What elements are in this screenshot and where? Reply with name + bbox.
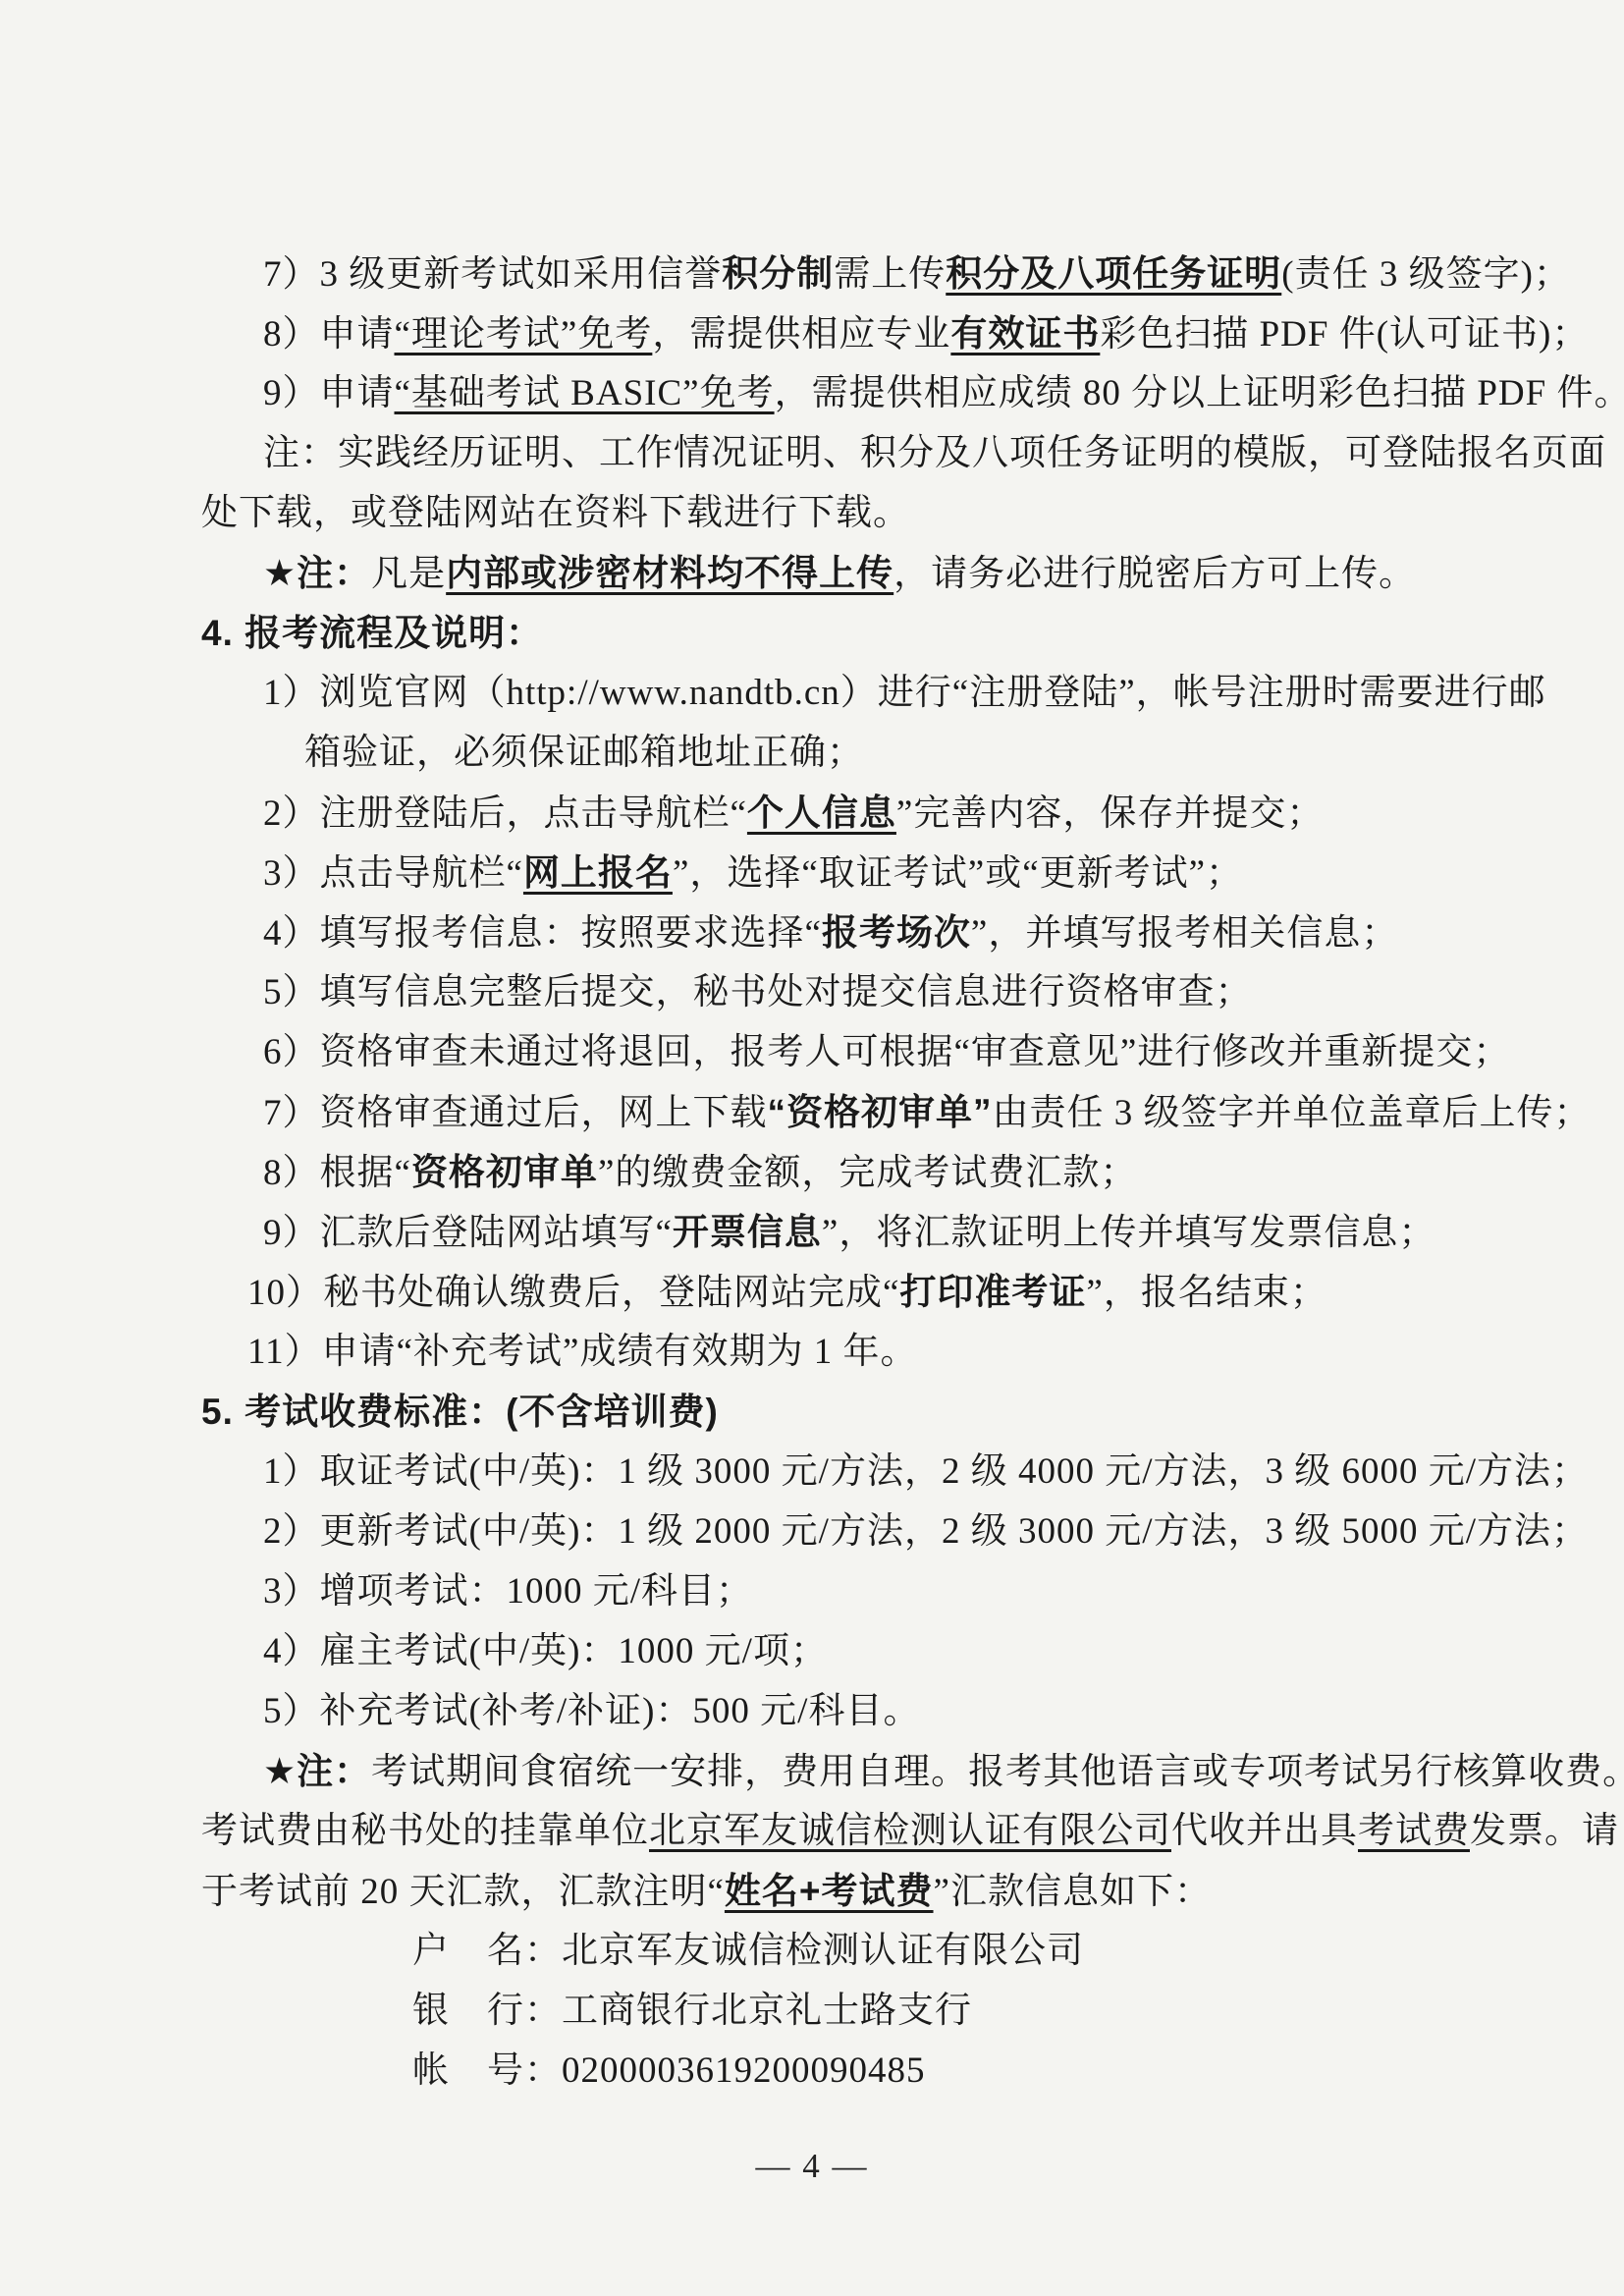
text-run: 处下载，或登陆网站在资料下载进行下载。 [201, 493, 910, 533]
text-run: ”，将汇款证明上传并填写发票信息； [822, 1213, 1435, 1253]
text-run: 内部或涉密材料均不得上传 [446, 553, 893, 593]
text-run: 考试期间食宿统一安排，费用自理。报考其他语言或专项考试另行核算收费。 [371, 1752, 1624, 1792]
scanned-document-page: 7）3 级更新考试如采用信誉积分制需上传积分及八项任务证明(责任 3 级签字)；… [0, 0, 1624, 2296]
text-run: 姓名+考试费 [725, 1871, 934, 1911]
text-run: 6）资格审查未通过将退回，报考人可根据“审查意见”进行修改并重新提交； [263, 1032, 1510, 1072]
note-template-download-line2: 处下载，或登陆网站在资料下载进行下载。 [201, 483, 1624, 543]
page-number: — 4 — [0, 2147, 1624, 2186]
text-run: 8）根据“ [263, 1153, 411, 1193]
text-run: 个人信息 [747, 793, 896, 833]
text-run: 彩色扫描 PDF 件(认可证书)； [1100, 314, 1589, 355]
flow-item-1-line1: 1）浏览官网（http://www.nandtb.cn）进行“注册登陆”，帐号注… [263, 663, 1624, 723]
bank-account-name: 户 名：北京军友诚信检测认证有限公司 [412, 1921, 1624, 1981]
bank-account-number: 帐 号：0200003619200090485 [412, 2041, 1624, 2101]
text-run: 打印准考证 [899, 1272, 1086, 1312]
text-run: 发票。请 [1470, 1811, 1619, 1851]
flow-item-6: 6）资格审查未通过将退回，报考人可根据“审查意见”进行修改并重新提交； [263, 1022, 1624, 1082]
text-run: ★注： [263, 553, 371, 593]
text-run: “基础考试 BASIC”免考 [395, 373, 775, 413]
text-run: 箱验证，必须保证邮箱地址正确； [304, 733, 864, 773]
text-run: 帐 号：0200003619200090485 [412, 2050, 926, 2091]
flow-item-7: 7）资格审查通过后，网上下载“资格初审单”由责任 3 级签字并单位盖章后上传； [263, 1082, 1624, 1142]
flow-item-10: 10）秘书处确认缴费后，登陆网站完成“打印准考证”，报名结束； [247, 1262, 1624, 1322]
star-note-fees-line3: 于考试前 20 天汇款，汇款注明“姓名+考试费”汇款信息如下： [201, 1861, 1624, 1921]
text-run: 4）雇主考试(中/英)：1000 元/项； [263, 1631, 828, 1671]
star-note-fees-line1: ★注：考试期间食宿统一安排，费用自理。报考其他语言或专项考试另行核算收费。 [263, 1741, 1624, 1801]
fee-item-3: 3）增项考试：1000 元/科目； [263, 1561, 1624, 1621]
text-run: 北京军友诚信检测认证有限公司 [649, 1811, 1171, 1851]
fee-item-4: 4）雇主考试(中/英)：1000 元/项； [263, 1621, 1624, 1681]
text-run: 4. 报考流程及说明： [201, 613, 543, 653]
text-run: 2）更新考试(中/英)：1 级 2000 元/方法，2 级 3000 元/方法，… [263, 1511, 1589, 1552]
text-run: 需上传 [834, 254, 946, 295]
flow-item-3: 3）点击导航栏“网上报名”，选择“取证考试”或“更新考试”； [263, 843, 1624, 902]
text-run: 有效证书 [950, 313, 1100, 354]
text-run: 5. 考试收费标准：(不含培训费) [201, 1392, 719, 1432]
text-run: 户 名：北京军友诚信检测认证有限公司 [412, 1931, 1084, 1971]
fee-item-2: 2）更新考试(中/英)：1 级 2000 元/方法，2 级 3000 元/方法，… [263, 1502, 1624, 1561]
text-run: ，需提供相应专业 [652, 314, 950, 355]
text-run: 网上报名 [523, 852, 673, 893]
text-run: ”的缴费金额，完成考试费汇款； [598, 1153, 1137, 1193]
text-run: 5）补充考试(补考/补证)：500 元/科目。 [263, 1691, 920, 1731]
text-run: 9）申请 [263, 373, 395, 413]
text-run: 3）点击导航栏“ [263, 853, 523, 894]
text-run: 注：实践经历证明、工作情况证明、积分及八项任务证明的模版，可登陆报名页面 [263, 433, 1606, 473]
section-5-heading: 5. 考试收费标准：(不含培训费) [201, 1382, 1624, 1442]
item-9-basic-exam-waiver: 9）申请“基础考试 BASIC”免考，需提供相应成绩 80 分以上证明彩色扫描 … [263, 363, 1624, 423]
flow-item-4: 4）填写报考信息：按照要求选择“报考场次”，并填写报考相关信息； [263, 902, 1624, 962]
flow-item-9: 9）汇款后登陆网站填写“开票信息”，将汇款证明上传并填写发票信息； [263, 1202, 1624, 1262]
text-run: 3）增项考试：1000 元/科目； [263, 1571, 753, 1612]
text-run: 9）汇款后登陆网站填写“ [263, 1213, 673, 1253]
text-run: 8）申请 [263, 314, 395, 355]
text-run: 2）注册登陆后，点击导航栏“ [263, 793, 747, 834]
text-run: (责任 3 级签字)； [1281, 254, 1571, 295]
text-run: 5）填写信息完整后提交，秘书处对提交信息进行资格审查； [263, 972, 1253, 1012]
fee-item-1: 1）取证考试(中/英)：1 级 3000 元/方法，2 级 4000 元/方法，… [263, 1442, 1624, 1502]
text-run: 资格初审单 [411, 1152, 598, 1192]
text-run: 7）资格审查通过后，网上下载 [263, 1093, 768, 1133]
star-note-fees-line2: 考试费由秘书处的挂靠单位北京军友诚信检测认证有限公司代收并出具考试费发票。请 [201, 1801, 1624, 1861]
flow-item-5: 5）填写信息完整后提交，秘书处对提交信息进行资格审查； [263, 962, 1624, 1022]
text-run: 4）填写报考信息：按照要求选择“ [263, 913, 822, 954]
note-template-download-line1: 注：实践经历证明、工作情况证明、积分及八项任务证明的模版，可登陆报名页面 [263, 423, 1624, 483]
document-body: 7）3 级更新考试如采用信誉积分制需上传积分及八项任务证明(责任 3 级签字)；… [0, 244, 1624, 2101]
fee-item-5: 5）补充考试(补考/补证)：500 元/科目。 [263, 1681, 1624, 1741]
text-run: ”，选择“取证考试”或“更新考试”； [673, 853, 1243, 894]
text-run: 凡是 [371, 554, 446, 594]
text-run: 1）浏览官网（http://www.nandtb.cn）进行“注册登陆”，帐号注… [263, 673, 1546, 713]
text-run: 10）秘书处确认缴费后，登陆网站完成“ [247, 1273, 899, 1313]
text-run: ★注： [263, 1751, 371, 1791]
item-7-credit-system: 7）3 级更新考试如采用信誉积分制需上传积分及八项任务证明(责任 3 级签字)； [263, 244, 1624, 303]
text-run: ”，报名结束； [1086, 1273, 1326, 1313]
text-run: “理论考试”免考 [395, 314, 653, 355]
text-run: 考试费由秘书处的挂靠单位 [201, 1811, 649, 1851]
bank-name: 银 行：工商银行北京礼士路支行 [412, 1981, 1624, 2041]
text-run: 银 行：工商银行北京礼士路支行 [412, 1991, 972, 2031]
text-run: “资格初审单” [768, 1092, 993, 1132]
text-run: 由责任 3 级签字并单位盖章后上传； [993, 1093, 1592, 1133]
text-run: 积分制 [722, 253, 834, 294]
section-4-heading: 4. 报考流程及说明： [201, 603, 1624, 663]
text-run: 于考试前 20 天汇款，汇款注明“ [201, 1872, 725, 1912]
text-run: ”，并填写报考相关信息； [971, 913, 1398, 954]
text-run: 1）取证考试(中/英)：1 级 3000 元/方法，2 级 4000 元/方法，… [263, 1451, 1589, 1492]
flow-item-1-line2: 箱验证，必须保证邮箱地址正确； [304, 723, 1624, 783]
text-run: ，请务必进行脱密后方可上传。 [893, 554, 1416, 594]
flow-item-11: 11）申请“补充考试”成绩有效期为 1 年。 [247, 1322, 1624, 1382]
flow-item-8: 8）根据“资格初审单”的缴费金额，完成考试费汇款； [263, 1142, 1624, 1202]
star-note-confidential: ★注：凡是内部或涉密材料均不得上传，请务必进行脱密后方可上传。 [263, 543, 1624, 603]
text-run: ”汇款信息如下： [934, 1872, 1212, 1912]
text-run: 7）3 级更新考试如采用信誉 [263, 254, 722, 295]
text-run: 考试费 [1358, 1811, 1470, 1851]
text-run: ”完善内容，保存并提交； [896, 793, 1324, 834]
flow-item-2: 2）注册登陆后，点击导航栏“个人信息”完善内容，保存并提交； [263, 783, 1624, 843]
text-run: 开票信息 [673, 1212, 822, 1252]
text-run: 报考场次 [822, 912, 971, 953]
item-8-theory-exam-waiver: 8）申请“理论考试”免考，需提供相应专业有效证书彩色扫描 PDF 件(认可证书)… [263, 303, 1624, 363]
text-run: 代收并出具 [1171, 1811, 1358, 1851]
text-run: 11）申请“补充考试”成绩有效期为 1 年。 [247, 1332, 917, 1372]
text-run: ，需提供相应成绩 80 分以上证明彩色扫描 PDF 件。 [775, 373, 1624, 413]
text-run: 积分及八项任务证明 [946, 253, 1281, 294]
